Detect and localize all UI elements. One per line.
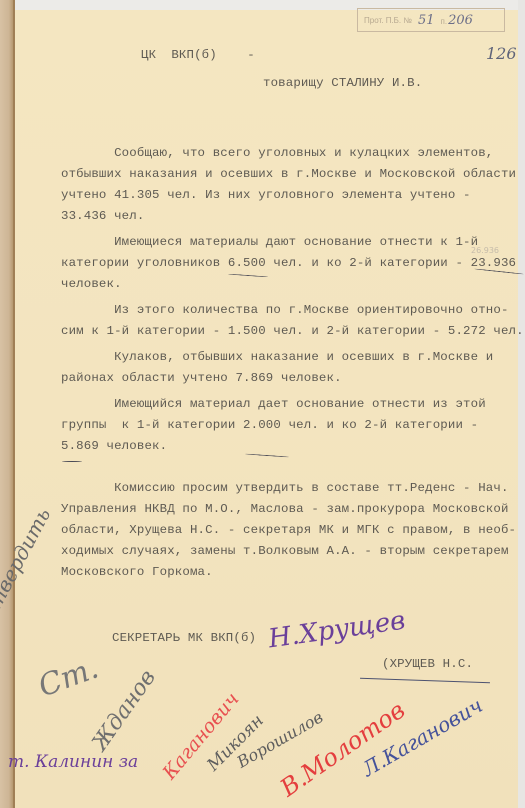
body-line: Московского Горкома. — [61, 565, 213, 579]
underline-5869 — [62, 461, 82, 462]
body-line: ходимых случаях, замены т.Волковым А.А. … — [61, 544, 509, 558]
body-line: районах области учтено 7.869 человек. — [61, 371, 342, 385]
page-number: 126 — [486, 44, 517, 63]
body-line: 33.436 чел. — [61, 209, 144, 223]
body-line: Сообщаю, что всего уголовных и кулацких … — [61, 146, 493, 160]
body-line: отбывших наказания и осевших в г.Москве … — [61, 167, 516, 181]
pencil-annotation: 26.936 — [471, 246, 499, 255]
body-line: сим к 1-й категории - 1.500 чел. и 2-й к… — [61, 324, 524, 338]
signatory-name: (ХРУЩЕВ Н.С. — [382, 657, 473, 671]
body-line: Управления НКВД по М.О., Маслова - зам.п… — [61, 502, 509, 516]
signature-title: СЕКРЕТАРЬ МК ВКП(б) — [112, 631, 256, 645]
body-line: 5.869 человек. — [61, 439, 167, 453]
body-line: группы к 1-й категории 2.000 чел. и ко 2… — [61, 418, 478, 432]
body-line: Из этого количества по г.Москве ориентир… — [61, 303, 509, 317]
body-line: Имеющиеся материалы дают основание отнес… — [61, 235, 478, 249]
item-number: 206 — [448, 13, 473, 28]
stamp-label: Прот. П.Б. № — [364, 16, 412, 25]
kalinin-note: т. Калинин за — [8, 752, 138, 772]
body-line: человек. — [61, 277, 122, 291]
binding-edge — [13, 0, 15, 808]
body-line: области, Хрущева Н.С. - секретаря МК и М… — [61, 523, 516, 537]
body-line: Кулаков, отбывших наказание и осевших в … — [61, 350, 493, 364]
item-prefix: п. — [441, 17, 448, 26]
body-line: Комиссию просим утвердить в составе тт.Р… — [61, 481, 509, 495]
body-line: Имеющийся материал дает основание отнест… — [61, 397, 486, 411]
scan-right-margin — [518, 0, 525, 808]
body-line: учтено 41.305 чел. Из них уголовного эле… — [61, 188, 471, 202]
protocol-number: 51 — [418, 13, 435, 28]
addressee-org: ЦК ВКП(б) - — [141, 48, 255, 62]
archive-stamp: Прот. П.Б. № 51 п. 206 — [357, 8, 505, 32]
addressee-name: товарищу СТАЛИНУ И.В. — [263, 76, 422, 90]
body-line: категории уголовников 6.500 чел. и ко 2-… — [61, 256, 516, 270]
